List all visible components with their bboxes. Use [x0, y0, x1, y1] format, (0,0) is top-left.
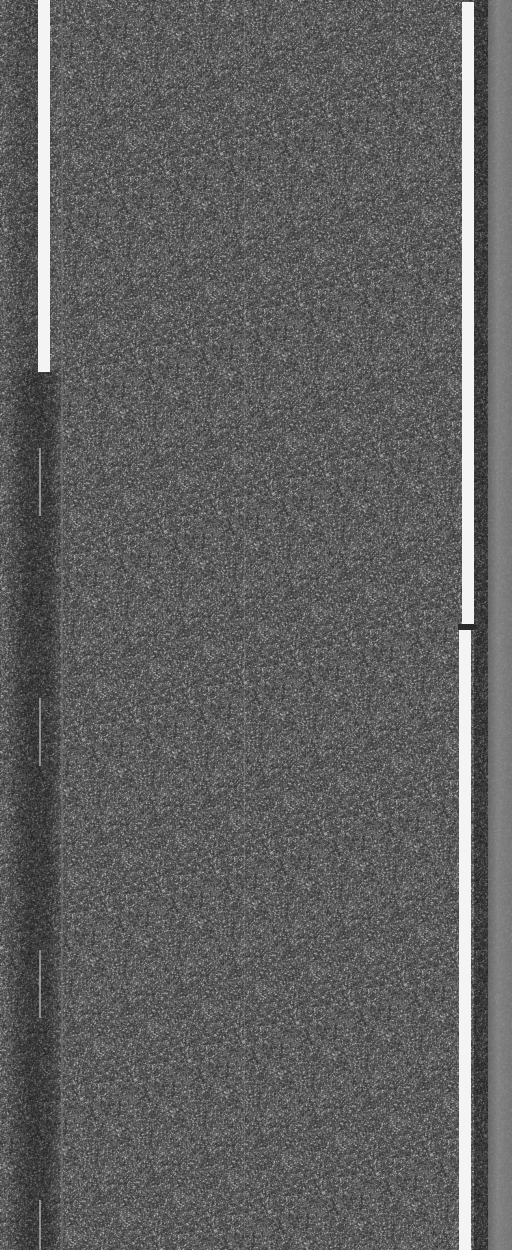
- left-shoulder-shadow: [8, 370, 60, 1250]
- left-shoulder-dash: [39, 698, 41, 766]
- asphalt-texture: [0, 0, 512, 1250]
- left-shoulder-dash: [39, 950, 41, 1018]
- left-pavement-seam: [61, 0, 63, 1250]
- right-edge-line-upper: [462, 2, 474, 624]
- right-gutter: [474, 0, 488, 1250]
- right-edge-line-lower: [459, 630, 471, 1250]
- left-edge-line: [38, 0, 50, 372]
- left-shoulder-shadow-top: [8, 0, 38, 370]
- left-shoulder-dash: [39, 448, 41, 516]
- right-verge: [488, 0, 512, 1250]
- road-aerial-image: [0, 0, 512, 1250]
- center-pavement-seam: [244, 0, 245, 1250]
- left-shoulder-dash: [39, 1200, 41, 1250]
